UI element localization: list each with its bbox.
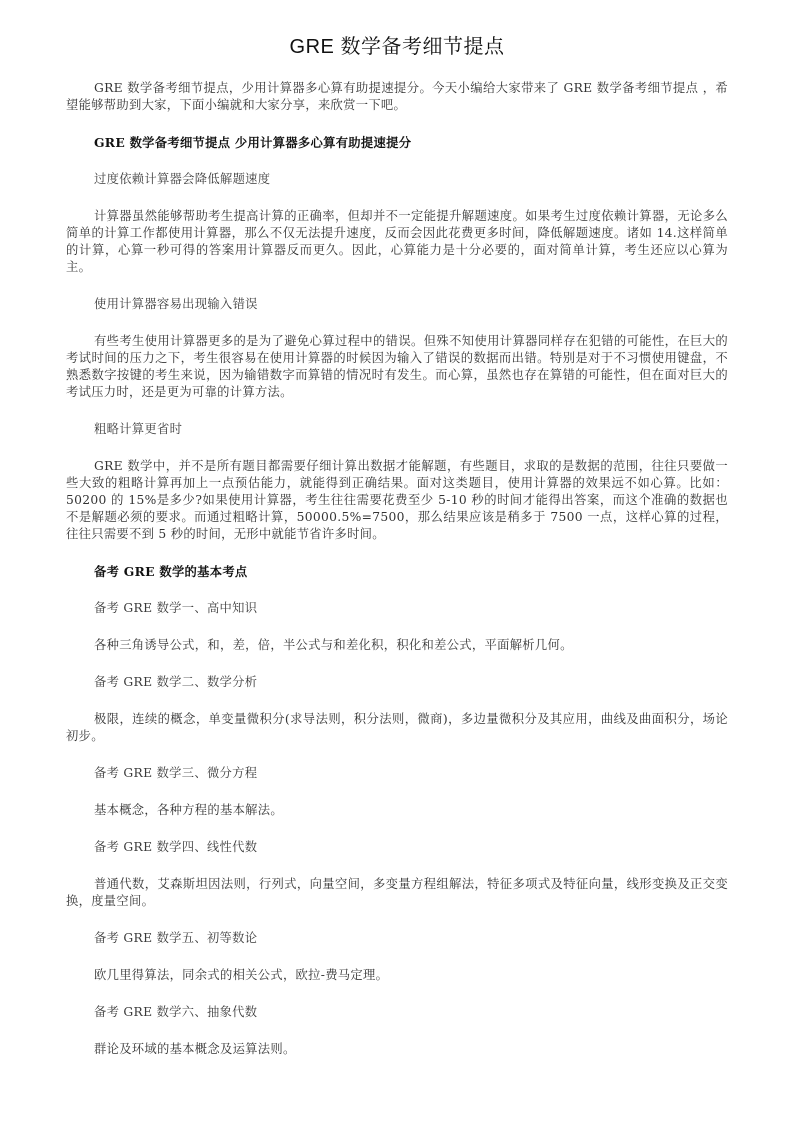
paragraph-overreliance: 计算器虽然能够帮助考生提高计算的正确率，但却并不一定能提升解题速度。如果考生过度…: [66, 208, 728, 276]
topic-body-3: 基本概念，各种方程的基本解法。: [66, 802, 728, 819]
topic-body-1: 各种三角诱导公式，和，差，倍，半公式与和差化积，积化和差公式，平面解析几何。: [66, 637, 728, 654]
paragraph-rough-calculation: GRE 数学中，并不是所有题目都需要仔细计算出数据才能解题，有些题目，求取的是数…: [66, 458, 728, 543]
topic-body-6: 群论及环域的基本概念及运算法则。: [66, 1041, 728, 1058]
topic-heading-2: 备考 GRE 数学二、数学分析: [66, 674, 728, 691]
paragraph-input-errors: 有些考生使用计算器更多的是为了避免心算过程中的错误。但殊不知使用计算器同样存在犯…: [66, 333, 728, 401]
subheading-rough-calculation: 粗略计算更省时: [66, 421, 728, 438]
subheading-input-errors: 使用计算器容易出现输入错误: [66, 296, 728, 313]
topic-body-5: 欧几里得算法，同余式的相关公式，欧拉-费马定理。: [66, 967, 728, 984]
subheading-overreliance: 过度依赖计算器会降低解题速度: [66, 171, 728, 188]
section-heading-calculator: GRE 数学备考细节提点 少用计算器多心算有助提速提分: [66, 134, 728, 151]
section-heading-basic-topics: 备考 GRE 数学的基本考点: [66, 563, 728, 580]
intro-paragraph: GRE 数学备考细节提点，少用计算器多心算有助提速提分。今天小编给大家带来了 G…: [66, 80, 728, 114]
topic-heading-5: 备考 GRE 数学五、初等数论: [66, 930, 728, 947]
topic-body-2: 极限，连续的概念，单变量微积分(求导法则，积分法则，微商)，多边量微积分及其应用…: [66, 711, 728, 745]
topic-heading-4: 备考 GRE 数学四、线性代数: [66, 839, 728, 856]
document-page: GRE 数学备考细节提点 GRE 数学备考细节提点，少用计算器多心算有助提速提分…: [66, 32, 728, 1078]
topic-heading-6: 备考 GRE 数学六、抽象代数: [66, 1004, 728, 1021]
topic-heading-3: 备考 GRE 数学三、微分方程: [66, 765, 728, 782]
document-title: GRE 数学备考细节提点: [66, 32, 728, 62]
topic-heading-1: 备考 GRE 数学一、高中知识: [66, 600, 728, 617]
topic-body-4: 普通代数，艾森斯坦因法则，行列式，向量空间，多变量方程组解法，特征多项式及特征向…: [66, 876, 728, 910]
